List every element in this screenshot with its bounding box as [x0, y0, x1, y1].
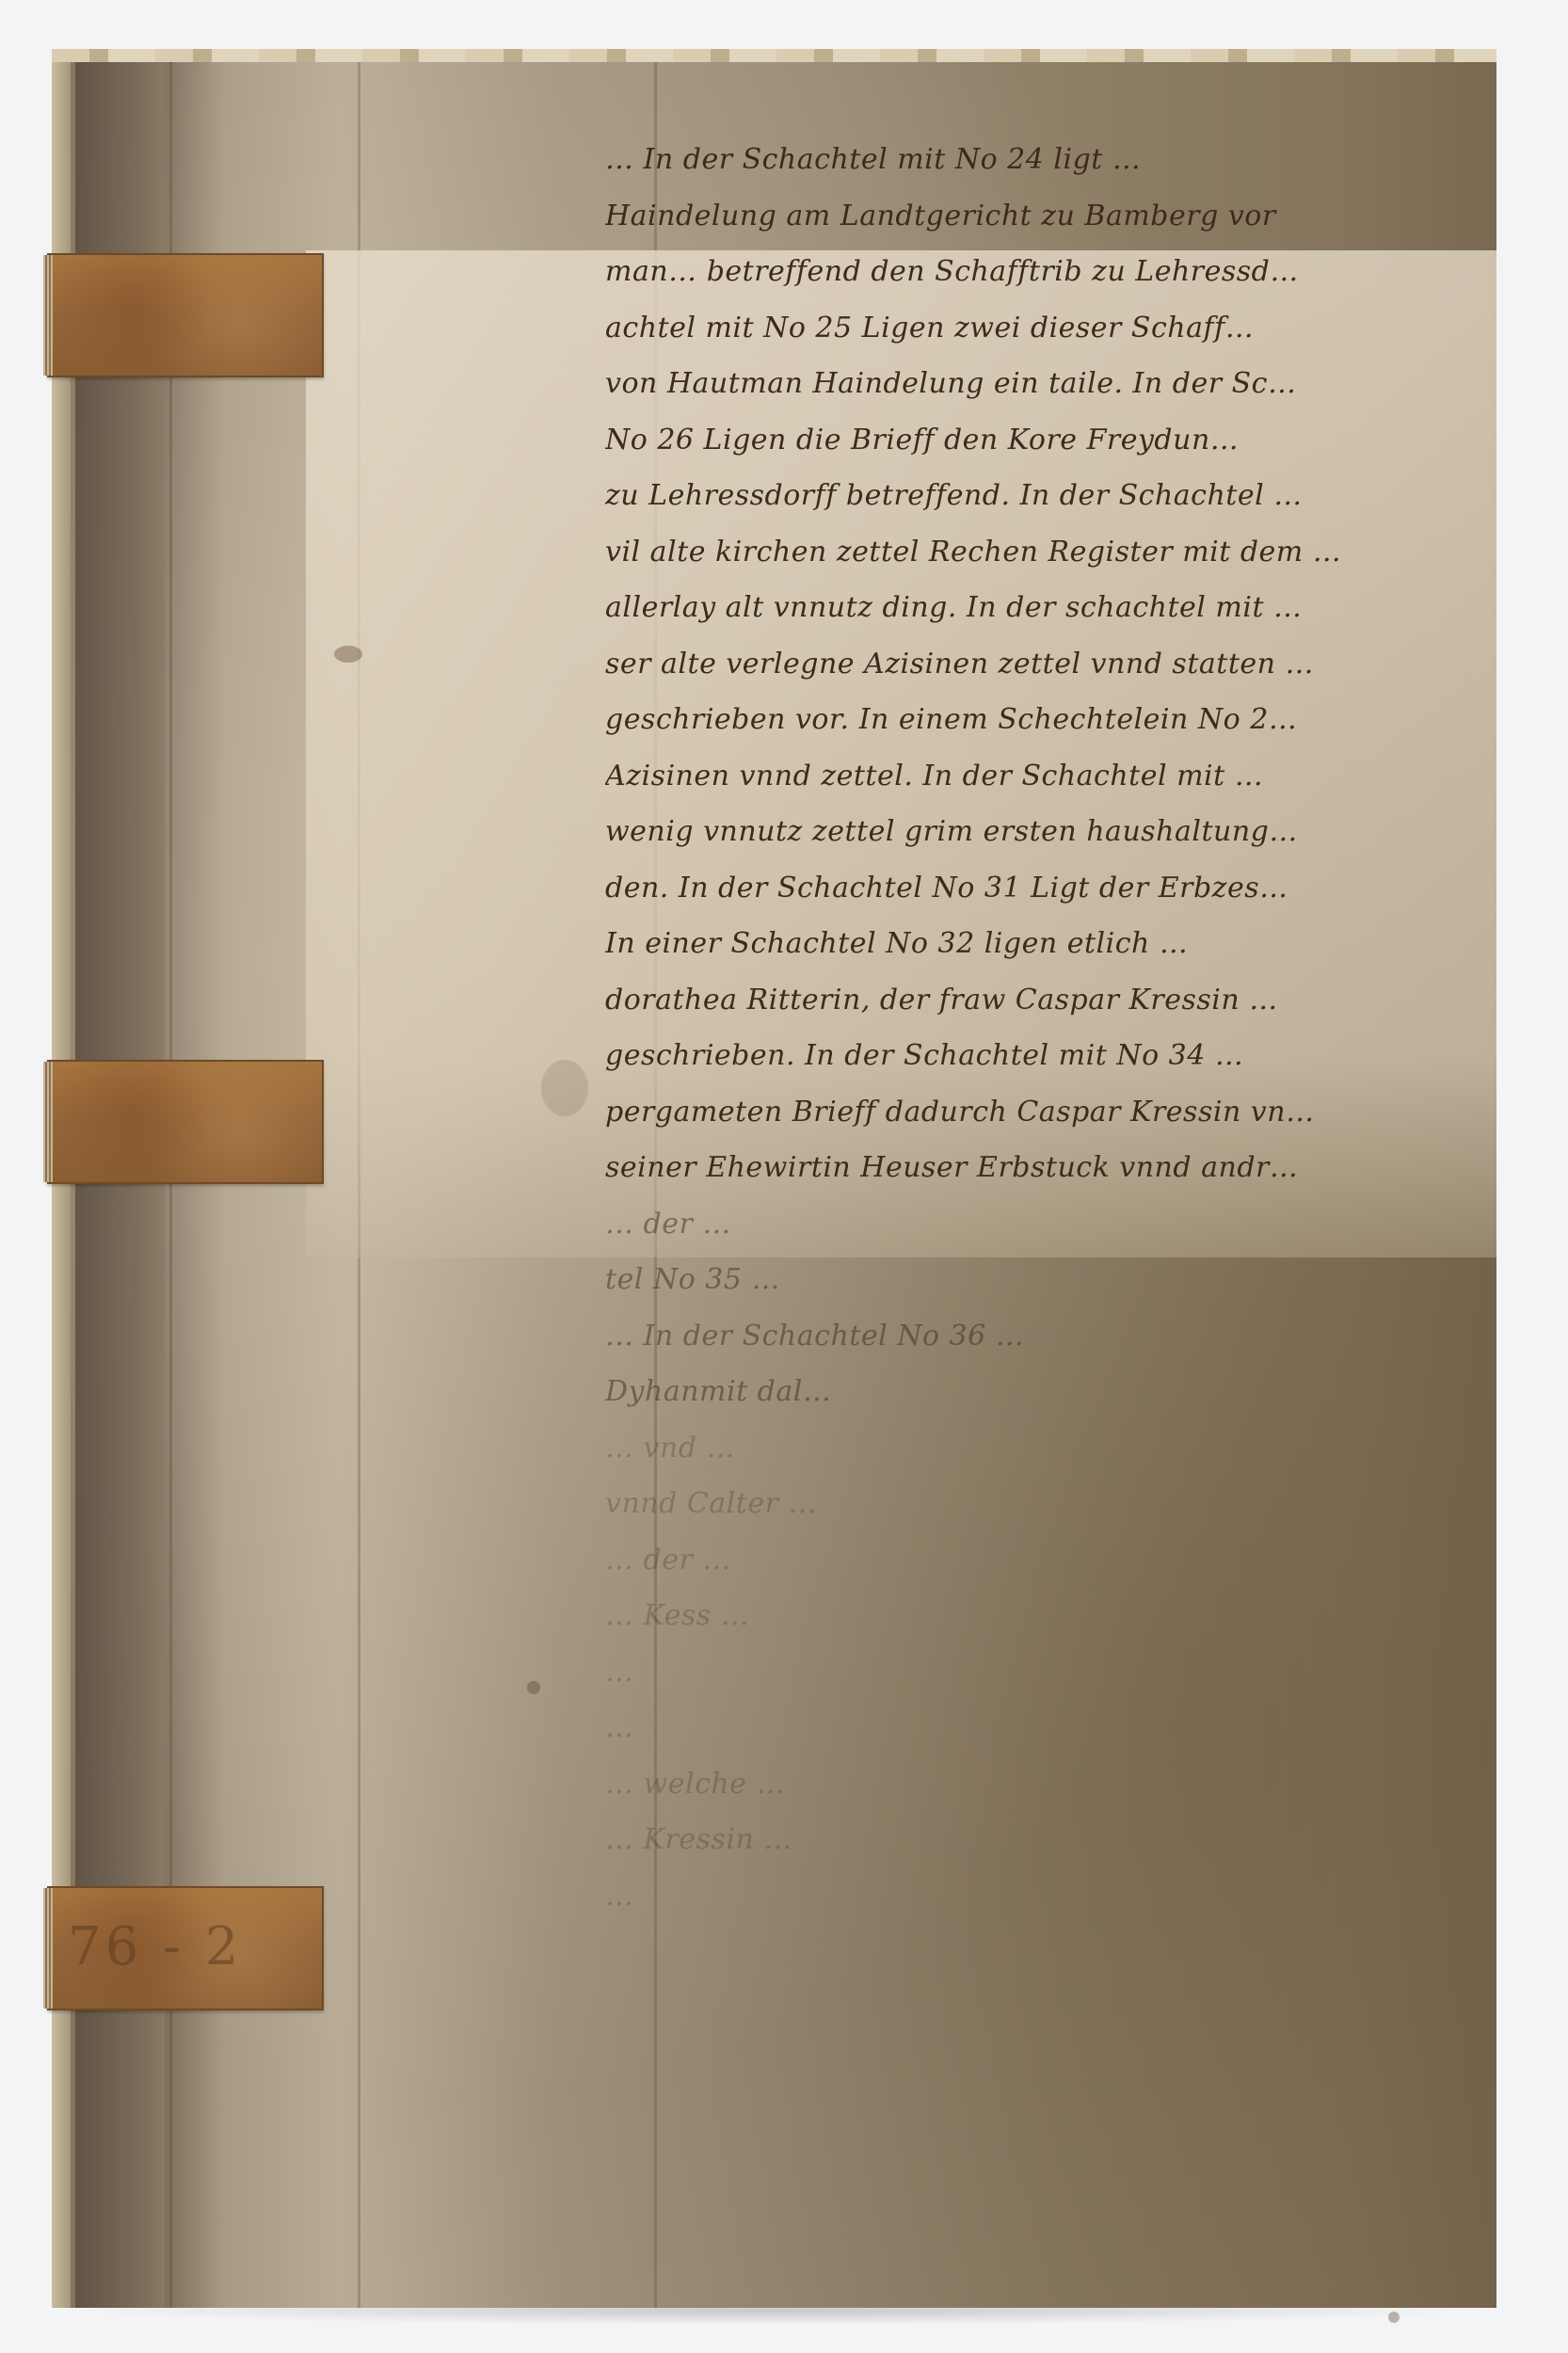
text-line: … In der Schachtel No 36 …	[605, 1308, 1443, 1365]
text-line: …	[605, 1868, 1443, 1925]
text-line: allerlay alt vnnutz ding. In der schacht…	[605, 580, 1443, 636]
stain	[334, 646, 362, 663]
stain	[541, 1060, 588, 1116]
text-line: … der …	[605, 1196, 1443, 1253]
text-line: von Hautman Haindelung ein taile. In der…	[605, 356, 1443, 412]
text-line: seiner Ehewirtin Heuser Erbstuck vnnd an…	[605, 1140, 1443, 1196]
text-line: wenig vnnutz zettel grim ersten haushalt…	[605, 804, 1443, 860]
text-line: … In der Schachtel mit No 24 ligt …	[605, 132, 1443, 188]
worn-top-edge	[52, 49, 1496, 62]
text-line: zu Lehressdorff betreffend. In der Schac…	[605, 468, 1443, 524]
text-line: No 26 Ligen die Brieff den Kore Freydun…	[605, 412, 1443, 469]
text-line: geschrieben vor. In einem Schechtelein N…	[605, 692, 1443, 748]
text-line: den. In der Schachtel No 31 Ligt der Erb…	[605, 860, 1443, 917]
text-line: …	[605, 1644, 1443, 1701]
text-line: … der …	[605, 1532, 1443, 1589]
stain	[1388, 2312, 1400, 2323]
text-line: … vnd …	[605, 1420, 1443, 1477]
text-line: vil alte kirchen zettel Rechen Register …	[605, 524, 1443, 581]
binding-cord	[43, 1062, 53, 1182]
text-line: Haindelung am Landtgericht zu Bamberg vo…	[605, 188, 1443, 245]
text-line: … Kressin …	[605, 1812, 1443, 1868]
leather-strap-bottom: 76 - 2	[47, 1886, 324, 2010]
binding-cord	[43, 255, 53, 376]
text-line: vnnd Calter …	[605, 1476, 1443, 1532]
text-line: Dyhanmit dal…	[605, 1364, 1443, 1420]
handwritten-inventory-text: … In der Schachtel mit No 24 ligt … Hain…	[605, 132, 1443, 1924]
text-line: In einer Schachtel No 32 ligen etlich …	[605, 916, 1443, 972]
text-line: … welche …	[605, 1756, 1443, 1813]
leather-strap-top	[47, 253, 324, 377]
text-line: pergameten Brieff dadurch Caspar Kressin…	[605, 1084, 1443, 1141]
text-line: achtel mit No 25 Ligen zwei dieser Schaf…	[605, 300, 1443, 357]
binding-cord	[43, 1888, 53, 2009]
text-line: Azisinen vnnd zettel. In der Schachtel m…	[605, 748, 1443, 805]
text-line: … Kess …	[605, 1588, 1443, 1644]
text-line: geschrieben. In der Schachtel mit No 34 …	[605, 1028, 1443, 1084]
stain	[527, 1681, 540, 1694]
leather-strap-middle	[47, 1060, 324, 1184]
text-line: tel No 35 …	[605, 1252, 1443, 1308]
strap-label: 76 - 2	[68, 1916, 242, 1977]
text-line: man… betreffend den Schafftrib zu Lehres…	[605, 244, 1443, 300]
text-line: …	[605, 1700, 1443, 1756]
text-line: dorathea Ritterin, der fraw Caspar Kress…	[605, 972, 1443, 1029]
text-line: ser alte verlegne Azisinen zettel vnnd s…	[605, 636, 1443, 693]
